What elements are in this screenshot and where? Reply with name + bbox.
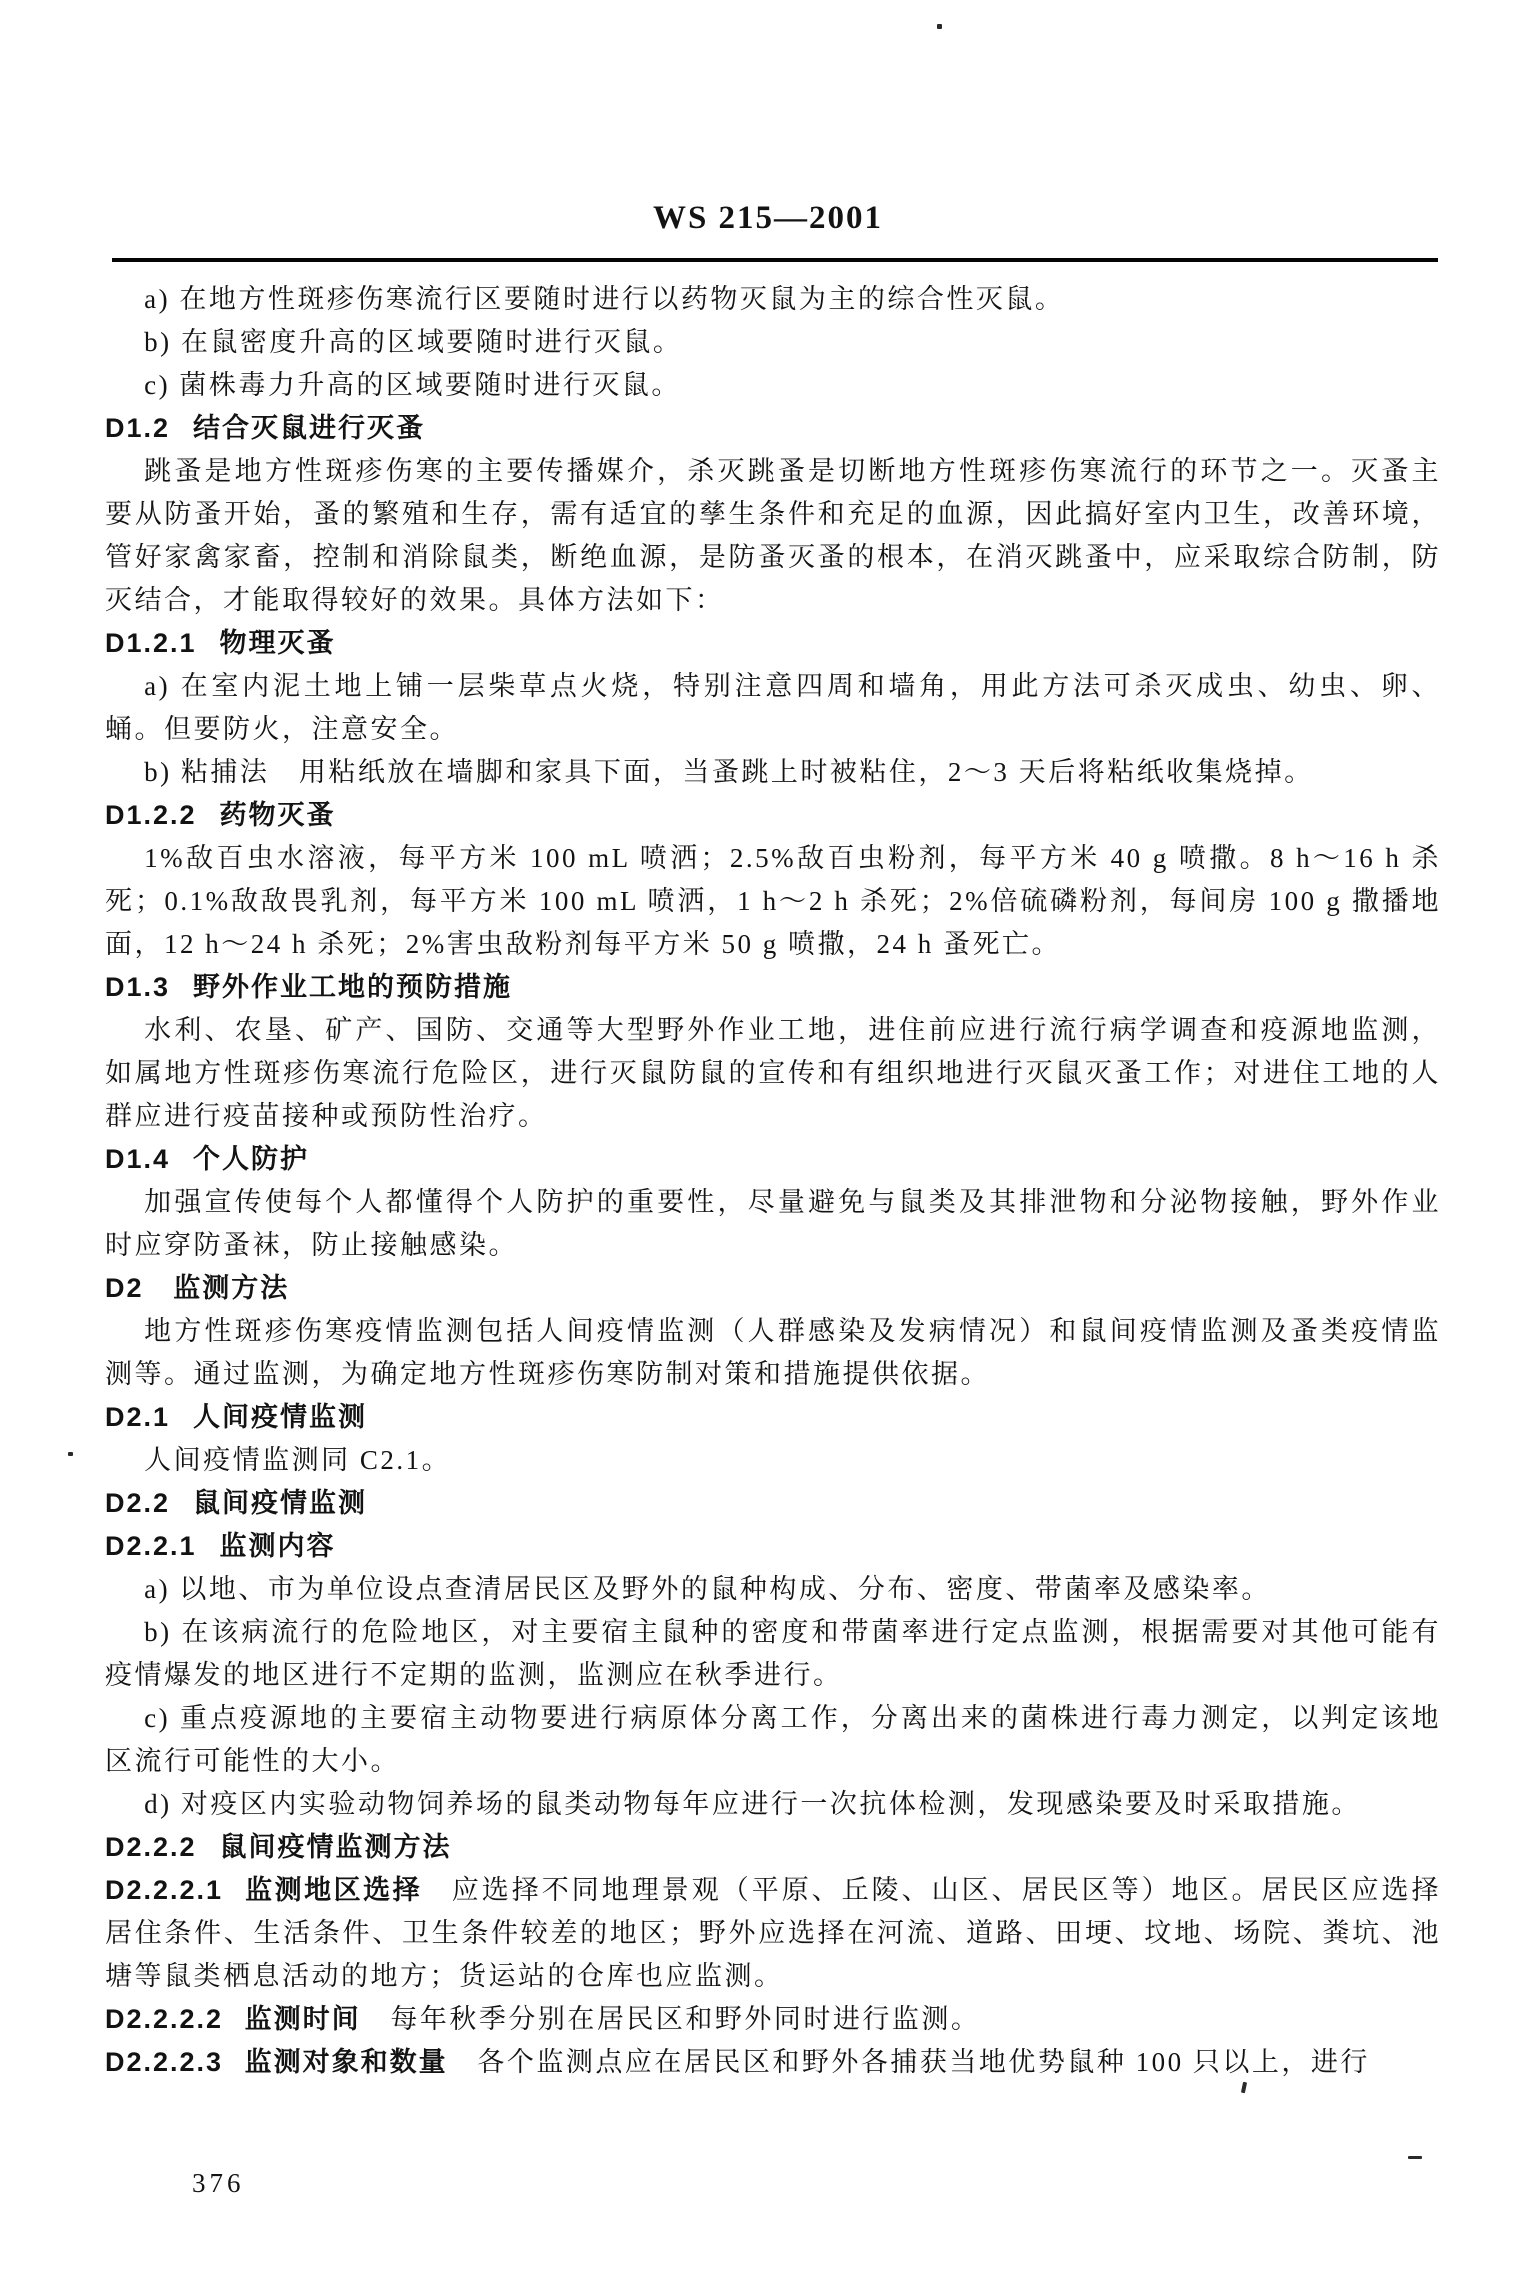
clause-term: 监测时间 — [245, 2004, 361, 2034]
scan-speck — [68, 1452, 73, 1456]
scan-speck — [937, 24, 942, 29]
clause-heading-d2-1: D2.1人间疫情监测 — [105, 1396, 1441, 1439]
list-item-b-survey-content: b) 在该病流行的危险地区，对主要宿主鼠种的密度和带菌率进行定点监测，根据需要对… — [105, 1611, 1441, 1697]
page-number: 376 — [192, 2168, 245, 2199]
clause-text: 每年秋季分别在居民区和野外同时进行监测。 — [390, 2004, 980, 2034]
document-body: a) 在地方性斑疹伤寒流行区要随时进行以药物灭鼠为主的综合性灭鼠。 b) 在鼠密… — [105, 278, 1441, 2084]
clause-number: D2.2.2.3 — [105, 2047, 223, 2077]
paragraph-human-surveillance: 人间疫情监测同 C2.1。 — [105, 1439, 1441, 1482]
scan-speck — [1241, 2082, 1247, 2094]
section-heading-d2: D2监测方法 — [105, 1267, 1441, 1310]
clause-title: 个人防护 — [193, 1144, 309, 1174]
header-divider-rule — [112, 258, 1438, 262]
list-item-b-rodent-control: b) 在鼠密度升高的区域要随时进行灭鼠。 — [105, 321, 1441, 364]
list-item-c-rodent-control: c) 菌株毒力升高的区域要随时进行灭鼠。 — [105, 364, 1441, 407]
clause-text: 各个监测点应在居民区和野外各捕获当地优势鼠种 100 只以上，进行 — [477, 2047, 1370, 2077]
clause-heading-d2-2: D2.2鼠间疫情监测 — [105, 1482, 1441, 1525]
list-item-a-survey-content: a) 以地、市为单位设点查清居民区及野外的鼠种构成、分布、密度、带菌率及感染率。 — [105, 1568, 1441, 1611]
clause-title: 药物灭蚤 — [220, 800, 336, 830]
paragraph-personal-protection: 加强宣传使每个人都懂得个人防护的重要性，尽量避免与鼠类及其排泄物和分泌物接触，野… — [105, 1181, 1441, 1267]
clause-number: D1.3 — [105, 972, 170, 1002]
clause-heading-d1-2-2: D1.2.2药物灭蚤 — [105, 794, 1441, 837]
clause-paragraph-d2-2-2-3: D2.2.2.3监测对象和数量各个监测点应在居民区和野外各捕获当地优势鼠种 10… — [105, 2041, 1441, 2084]
clause-heading-d1-3: D1.3野外作业工地的预防措施 — [105, 966, 1441, 1009]
document-page: WS 215—2001 a) 在地方性斑疹伤寒流行区要随时进行以药物灭鼠为主的综… — [0, 0, 1536, 2285]
clause-number: D2 — [105, 1273, 144, 1303]
clause-number: D2.1 — [105, 1402, 170, 1432]
paragraph-field-worksite: 水利、农垦、矿产、国防、交通等大型野外作业工地，进住前应进行流行病学调查和疫源地… — [105, 1009, 1441, 1138]
paragraph-flea-control-intro: 跳蚤是地方性斑疹伤寒的主要传播媒介，杀灭跳蚤是切断地方性斑疹伤寒流行的环节之一。… — [105, 450, 1441, 622]
standard-code: WS 215—2001 — [0, 200, 1536, 237]
paragraph-surveillance-intro: 地方性斑疹伤寒疫情监测包括人间疫情监测（人群感染及发病情况）和鼠间疫情监测及蚤类… — [105, 1310, 1441, 1396]
paragraph-chemical-flea: 1%敌百虫水溶液，每平方米 100 mL 喷洒；2.5%敌百虫粉剂，每平方米 4… — [105, 837, 1441, 966]
clause-heading-d1-2: D1.2结合灭鼠进行灭蚤 — [105, 407, 1441, 450]
clause-heading-d2-2-2: D2.2.2鼠间疫情监测方法 — [105, 1826, 1441, 1869]
clause-number: D2.2.2 — [105, 1832, 197, 1862]
list-item-a-rodent-control: a) 在地方性斑疹伤寒流行区要随时进行以药物灭鼠为主的综合性灭鼠。 — [105, 278, 1441, 321]
clause-number: D1.2.1 — [105, 628, 197, 658]
clause-title: 人间疫情监测 — [193, 1402, 367, 1432]
clause-title: 结合灭鼠进行灭蚤 — [193, 413, 425, 443]
clause-number: D2.2 — [105, 1488, 170, 1518]
clause-title: 监测方法 — [173, 1273, 289, 1303]
clause-paragraph-d2-2-2-2: D2.2.2.2监测时间每年秋季分别在居民区和野外同时进行监测。 — [105, 1998, 1441, 2041]
clause-title: 监测内容 — [220, 1531, 336, 1561]
clause-number: D1.2 — [105, 413, 170, 443]
clause-title: 鼠间疫情监测 — [193, 1488, 367, 1518]
list-item-d-survey-content: d) 对疫区内实验动物饲养场的鼠类动物每年应进行一次抗体检测，发现感染要及时采取… — [105, 1783, 1441, 1826]
list-item-b-sticky-trap: b) 粘捕法 用粘纸放在墙脚和家具下面，当蚤跳上时被粘住，2～3 天后将粘纸收集… — [105, 751, 1441, 794]
clause-paragraph-d2-2-2-1: D2.2.2.1监测地区选择应选择不同地理景观（平原、丘陵、山区、居民区等）地区… — [105, 1869, 1441, 1998]
clause-heading-d2-2-1: D2.2.1监测内容 — [105, 1525, 1441, 1568]
clause-term: 监测对象和数量 — [245, 2047, 448, 2077]
clause-number: D2.2.1 — [105, 1531, 197, 1561]
clause-number: D1.2.2 — [105, 800, 197, 830]
clause-title: 物理灭蚤 — [220, 628, 336, 658]
clause-number: D2.2.2.2 — [105, 2004, 223, 2034]
scan-speck — [1408, 2156, 1422, 2159]
clause-number: D1.4 — [105, 1144, 170, 1174]
list-item-a-physical-flea: a) 在室内泥土地上铺一层柴草点火烧，特别注意四周和墙角，用此方法可杀灭成虫、幼… — [105, 665, 1441, 751]
clause-term: 监测地区选择 — [245, 1875, 422, 1905]
clause-title: 鼠间疫情监测方法 — [220, 1832, 452, 1862]
clause-heading-d1-4: D1.4个人防护 — [105, 1138, 1441, 1181]
clause-heading-d1-2-1: D1.2.1物理灭蚤 — [105, 622, 1441, 665]
list-item-c-survey-content: c) 重点疫源地的主要宿主动物要进行病原体分离工作，分离出来的菌株进行毒力测定，… — [105, 1697, 1441, 1783]
clause-title: 野外作业工地的预防措施 — [193, 972, 512, 1002]
clause-number: D2.2.2.1 — [105, 1875, 223, 1905]
